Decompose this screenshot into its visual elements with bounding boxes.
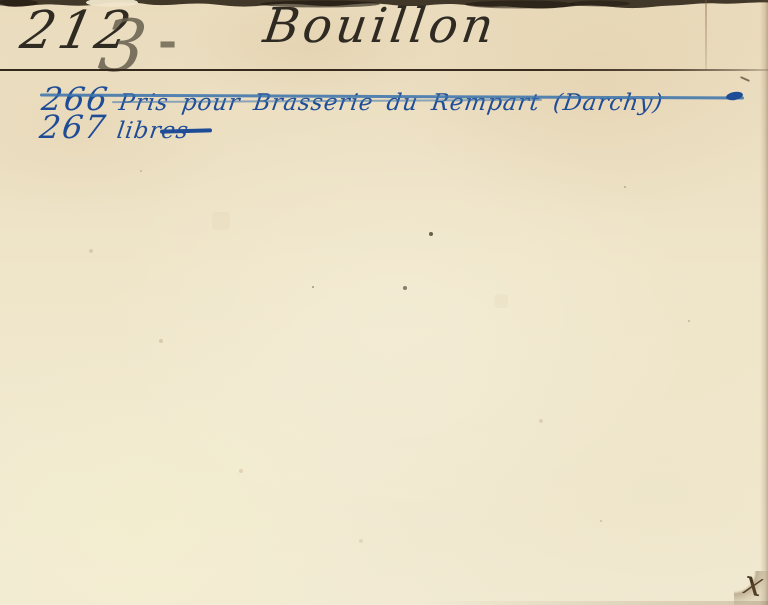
pen-flourish-tail <box>160 128 212 133</box>
rounded-corner-shadow <box>734 571 768 605</box>
card-sub-number: 3 <box>95 9 151 83</box>
paper-specks <box>0 0 2 2</box>
card-right-edge <box>760 0 768 605</box>
entry-number: 267 <box>37 108 109 146</box>
upper-card-edge <box>705 0 707 70</box>
card-title: Bouillon <box>261 2 501 50</box>
scanned-card: 212 3 - Bouillon 266 Pris pour Brasserie… <box>0 0 768 605</box>
ruled-line <box>0 69 768 71</box>
card-bottom-edge <box>422 601 768 605</box>
strikethrough-ink-blob <box>725 91 743 102</box>
entry-267: 267 libres <box>40 108 189 146</box>
ink-tick-mark <box>740 76 750 82</box>
card-sub-number-dash: - <box>158 14 177 68</box>
